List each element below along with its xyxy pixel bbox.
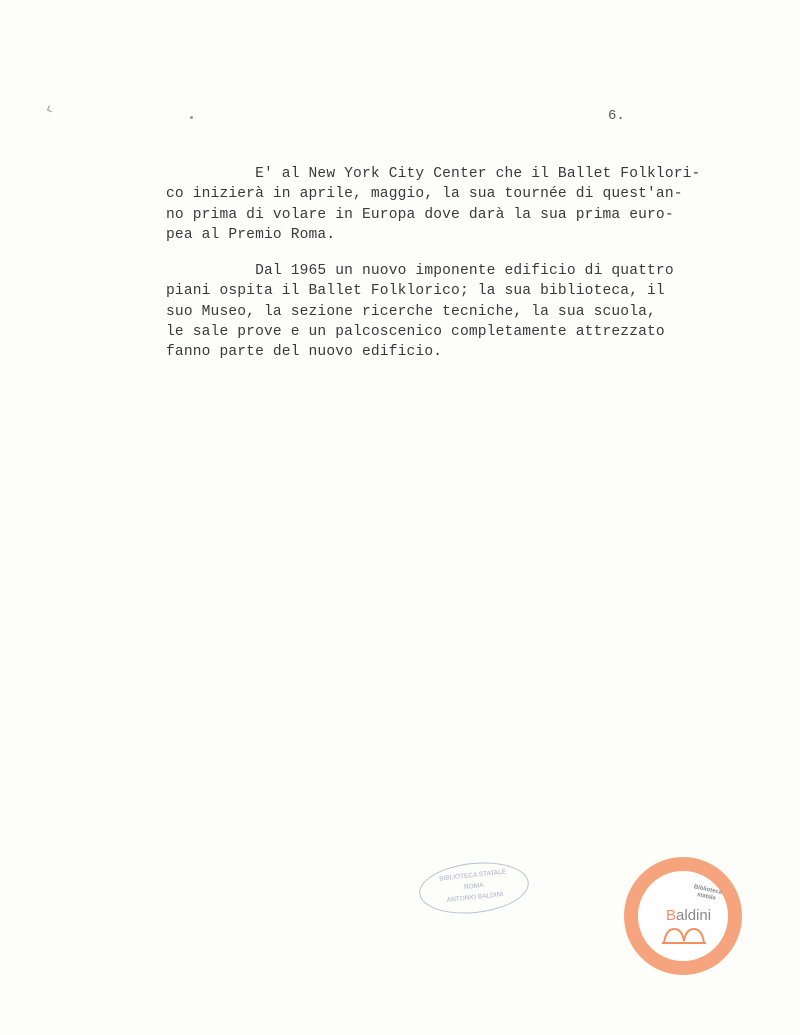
text-line: piani ospita il Ballet Folklorico; la su… bbox=[166, 281, 746, 301]
open-book-icon bbox=[662, 925, 706, 945]
text-line: le sale prove e un palcoscenico completa… bbox=[166, 322, 746, 342]
corner-mark: ‹ bbox=[41, 99, 58, 121]
logo-name: Baldini bbox=[666, 907, 711, 924]
paragraph-2: Dal 1965 un nuovo imponente edificio di … bbox=[166, 261, 746, 362]
text-line: no prima di volare in Europa dove darà l… bbox=[166, 205, 746, 225]
paragraph-1: E' al New York City Center che il Ballet… bbox=[166, 164, 746, 245]
text-line: co inizierà in aprile, maggio, la sua to… bbox=[166, 184, 746, 204]
library-stamp: BIBLIOTECA STATALE ROMA ANTONIO BALDINI bbox=[417, 857, 532, 918]
text-line: E' al New York City Center che il Ballet… bbox=[166, 164, 746, 184]
text-line: pea al Premio Roma. bbox=[166, 225, 746, 245]
baldini-logo: Biblioteca statale Baldini bbox=[624, 857, 742, 975]
text-line: Dal 1965 un nuovo imponente edificio di … bbox=[166, 261, 746, 281]
dot-mark bbox=[190, 116, 193, 119]
page-number: 6. bbox=[608, 108, 625, 124]
logo-small-text: Biblioteca statale bbox=[689, 884, 725, 905]
text-line: fanno parte del nuovo edificio. bbox=[166, 342, 746, 362]
text-line: suo Museo, la sezione ricerche tecniche,… bbox=[166, 302, 746, 322]
